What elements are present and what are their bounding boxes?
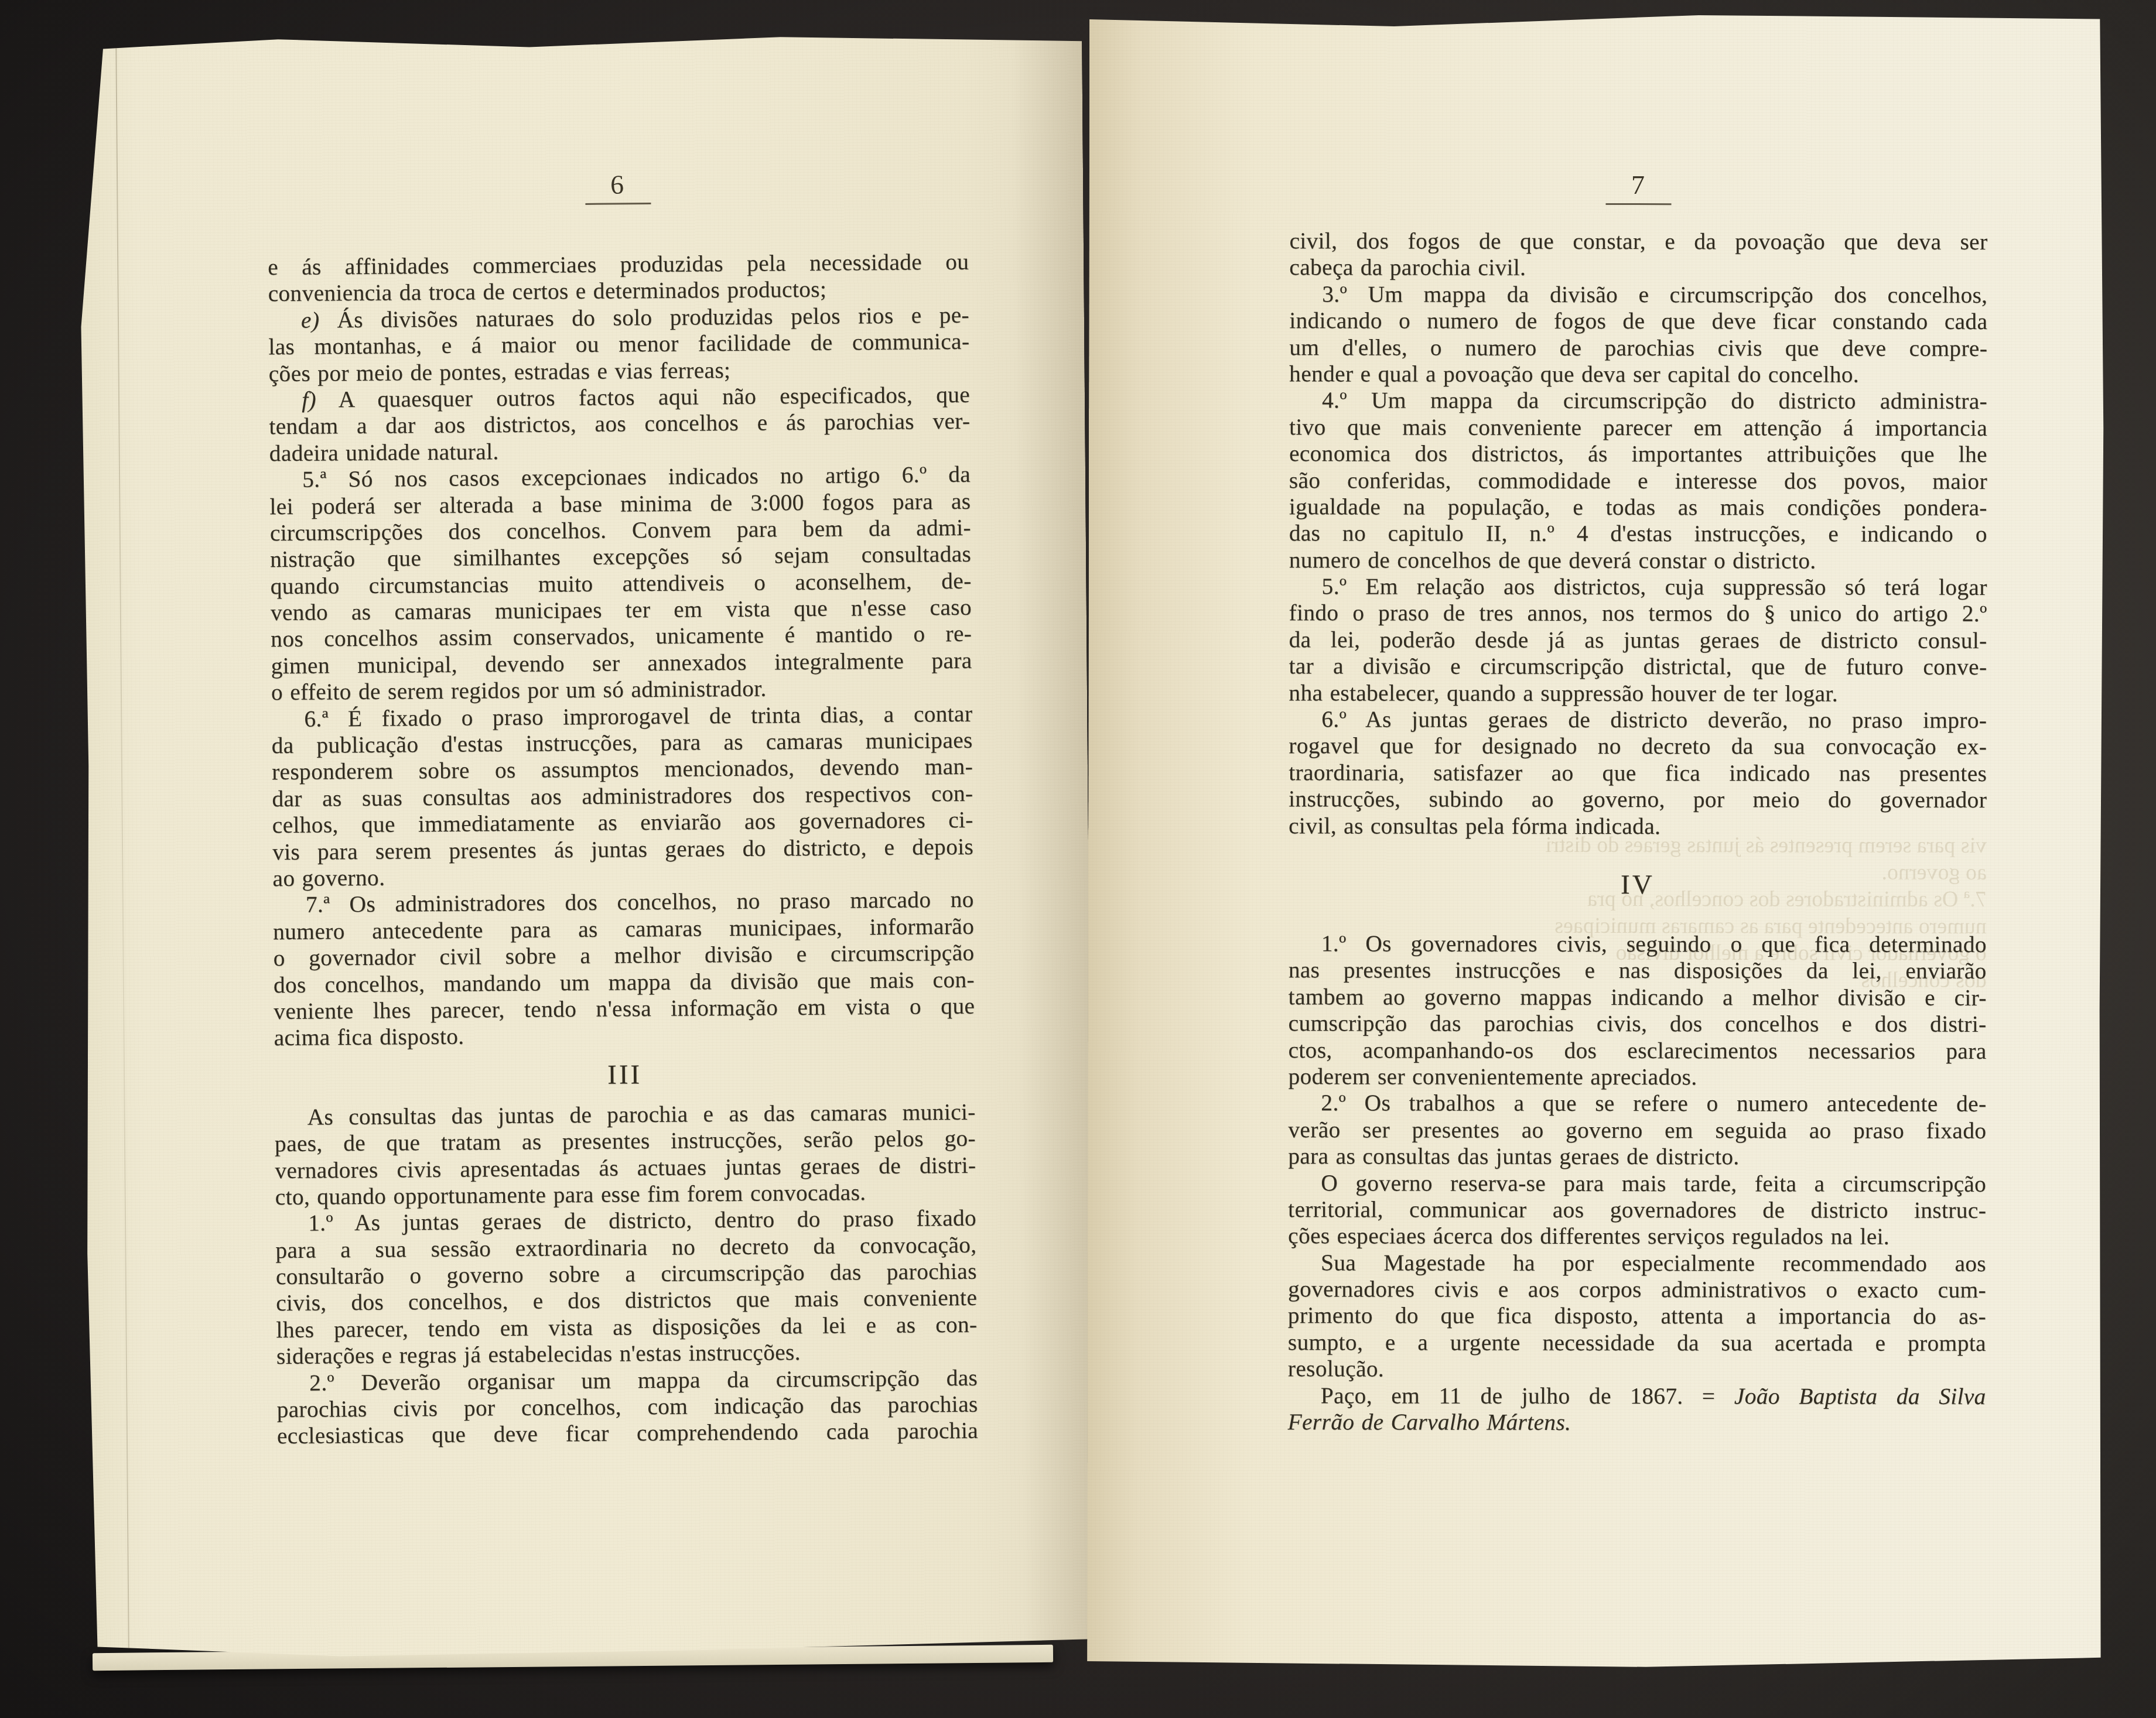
text-line: cumscripção das parochias civis, dos con… <box>1289 1010 1987 1038</box>
page-number: 6 <box>267 168 968 201</box>
text-line: 5.º Em relação aos districtos, cuja supp… <box>1289 573 1987 601</box>
text-line: indicando o numero de fogos de que deve … <box>1289 307 1987 335</box>
text-line: numero de concelhos de que deverá consta… <box>1289 547 1987 574</box>
text-line: 3.º Um mappa da divisão e circumscripção… <box>1289 281 1987 309</box>
text-line: 6.º As juntas geraes de districto deverã… <box>1289 706 1987 734</box>
section-heading: IV <box>1289 839 1987 932</box>
text-line: nha estabelecer, quando a suppressão hou… <box>1289 680 1987 707</box>
page-edge-crease <box>115 40 129 1651</box>
text-line: territorial, communicar aos governadores… <box>1288 1196 1986 1224</box>
text-line: findo o praso de tres annos, nos termos … <box>1289 600 1987 628</box>
photo-background: 6 e ás affinidades commerciaes produzida… <box>0 0 2156 1718</box>
page-number-rule <box>585 203 651 205</box>
book-page-right: vis para serem presentes ás juntas gerae… <box>1087 11 2105 1674</box>
page-number: 7 <box>1290 170 1988 200</box>
text-line: Paço, em 11 de julho de 1867. = João Bap… <box>1288 1382 1986 1410</box>
page-number-block: 7 <box>1290 170 1988 206</box>
text-line: civil, as consultas pela fórma indicada. <box>1289 813 1987 840</box>
page-number-rule <box>1606 203 1672 205</box>
text-line: da lei, poderão desde já as juntas gerae… <box>1289 627 1987 654</box>
text-line: tendam a dar aos districtos, aos concelh… <box>269 408 970 440</box>
section-heading: III <box>274 1046 976 1104</box>
text-line: traordinaria, satisfazer ao que fica ind… <box>1289 759 1987 787</box>
text-line: hender e qual a povoação que deva ser ca… <box>1289 361 1987 388</box>
text-line: lhes parecer, tendo em vista as disposiç… <box>276 1312 977 1344</box>
text-line: resolução. <box>1288 1356 1986 1384</box>
text-line: civil, dos fogos de que constar, e da po… <box>1289 228 1987 255</box>
text-line: igualdade na população, e todas as mais … <box>1289 494 1987 521</box>
book-page-left: 6 e ás affinidades commerciaes produzida… <box>77 26 1095 1659</box>
text-line: para as consultas das juntas geraes de d… <box>1288 1143 1986 1171</box>
text-line: são conferidas, commodidade e interesse … <box>1289 467 1987 495</box>
text-line: tar a divisão e circumscripção districta… <box>1289 653 1987 681</box>
text-line: cabeça da parochia civil. <box>1289 255 1987 282</box>
text-line: ções especiaes ácerca dos differentes se… <box>1288 1223 1986 1251</box>
text-column-left: e ás affinidades commerciaes produzidas … <box>268 249 978 1450</box>
text-line: ctos, acompanhando-os dos esclarecimento… <box>1288 1037 1986 1065</box>
text-line: governadores civis e aos corpos administ… <box>1288 1276 1986 1303</box>
text-line: poderem ser convenientemente apreciados. <box>1288 1063 1986 1091</box>
text-line: sumpto, e a urgente necessidade da sua a… <box>1288 1329 1986 1357</box>
text-line: 4.º Um mappa da circumscripção do distri… <box>1289 388 1987 415</box>
text-line: tivo que mais conveniente parecer em att… <box>1289 414 1987 442</box>
text-line: las montanhas, e á maior ou menor facili… <box>268 328 969 361</box>
text-line: um d'elles, o numero de parochias civis … <box>1289 334 1987 362</box>
page-number-block: 6 <box>267 168 968 207</box>
gutter-shadow <box>1012 26 1095 1652</box>
text-line: 2.º Os trabalhos a que se refere o numer… <box>1288 1090 1986 1118</box>
text-line: gimen municipal, devendo ser annexados i… <box>271 648 972 680</box>
text-line: rogavel que for designado no decreto da … <box>1289 733 1987 761</box>
text-column-right: civil, dos fogos de que constar, e da po… <box>1288 228 1988 1436</box>
text-line: instrucções, subindo ao governo, por mei… <box>1289 786 1987 813</box>
text-line: Ferrão de Carvalho Mártens. <box>1288 1409 1986 1436</box>
text-line: 1.º Os governadores civis, seguindo o qu… <box>1289 930 1987 958</box>
text-line: economica dos districtos, ás importantes… <box>1289 440 1987 468</box>
text-line: das no capitulo II, n.º 4 d'estas instru… <box>1289 521 1987 548</box>
text-line: vernadores civis apresentadas ás actuaes… <box>275 1152 976 1184</box>
text-line: nas presentes instrucções e nas disposiç… <box>1289 957 1987 985</box>
text-line: O governo reserva-se para mais tarde, fe… <box>1288 1170 1986 1197</box>
text-line: primento do que fica disposto, attenta a… <box>1288 1303 1986 1330</box>
text-line: ecclesiasticas que deve ficar comprehend… <box>277 1418 978 1450</box>
text-line: Sua Magestade ha por especialmente recom… <box>1288 1250 1986 1277</box>
text-line: vis para serem presentes ás juntas gerae… <box>272 833 973 865</box>
text-line: verão ser presentes ao governo em seguid… <box>1288 1117 1986 1144</box>
text-line: tambem ao governo mappas indicando a mel… <box>1289 984 1987 1011</box>
